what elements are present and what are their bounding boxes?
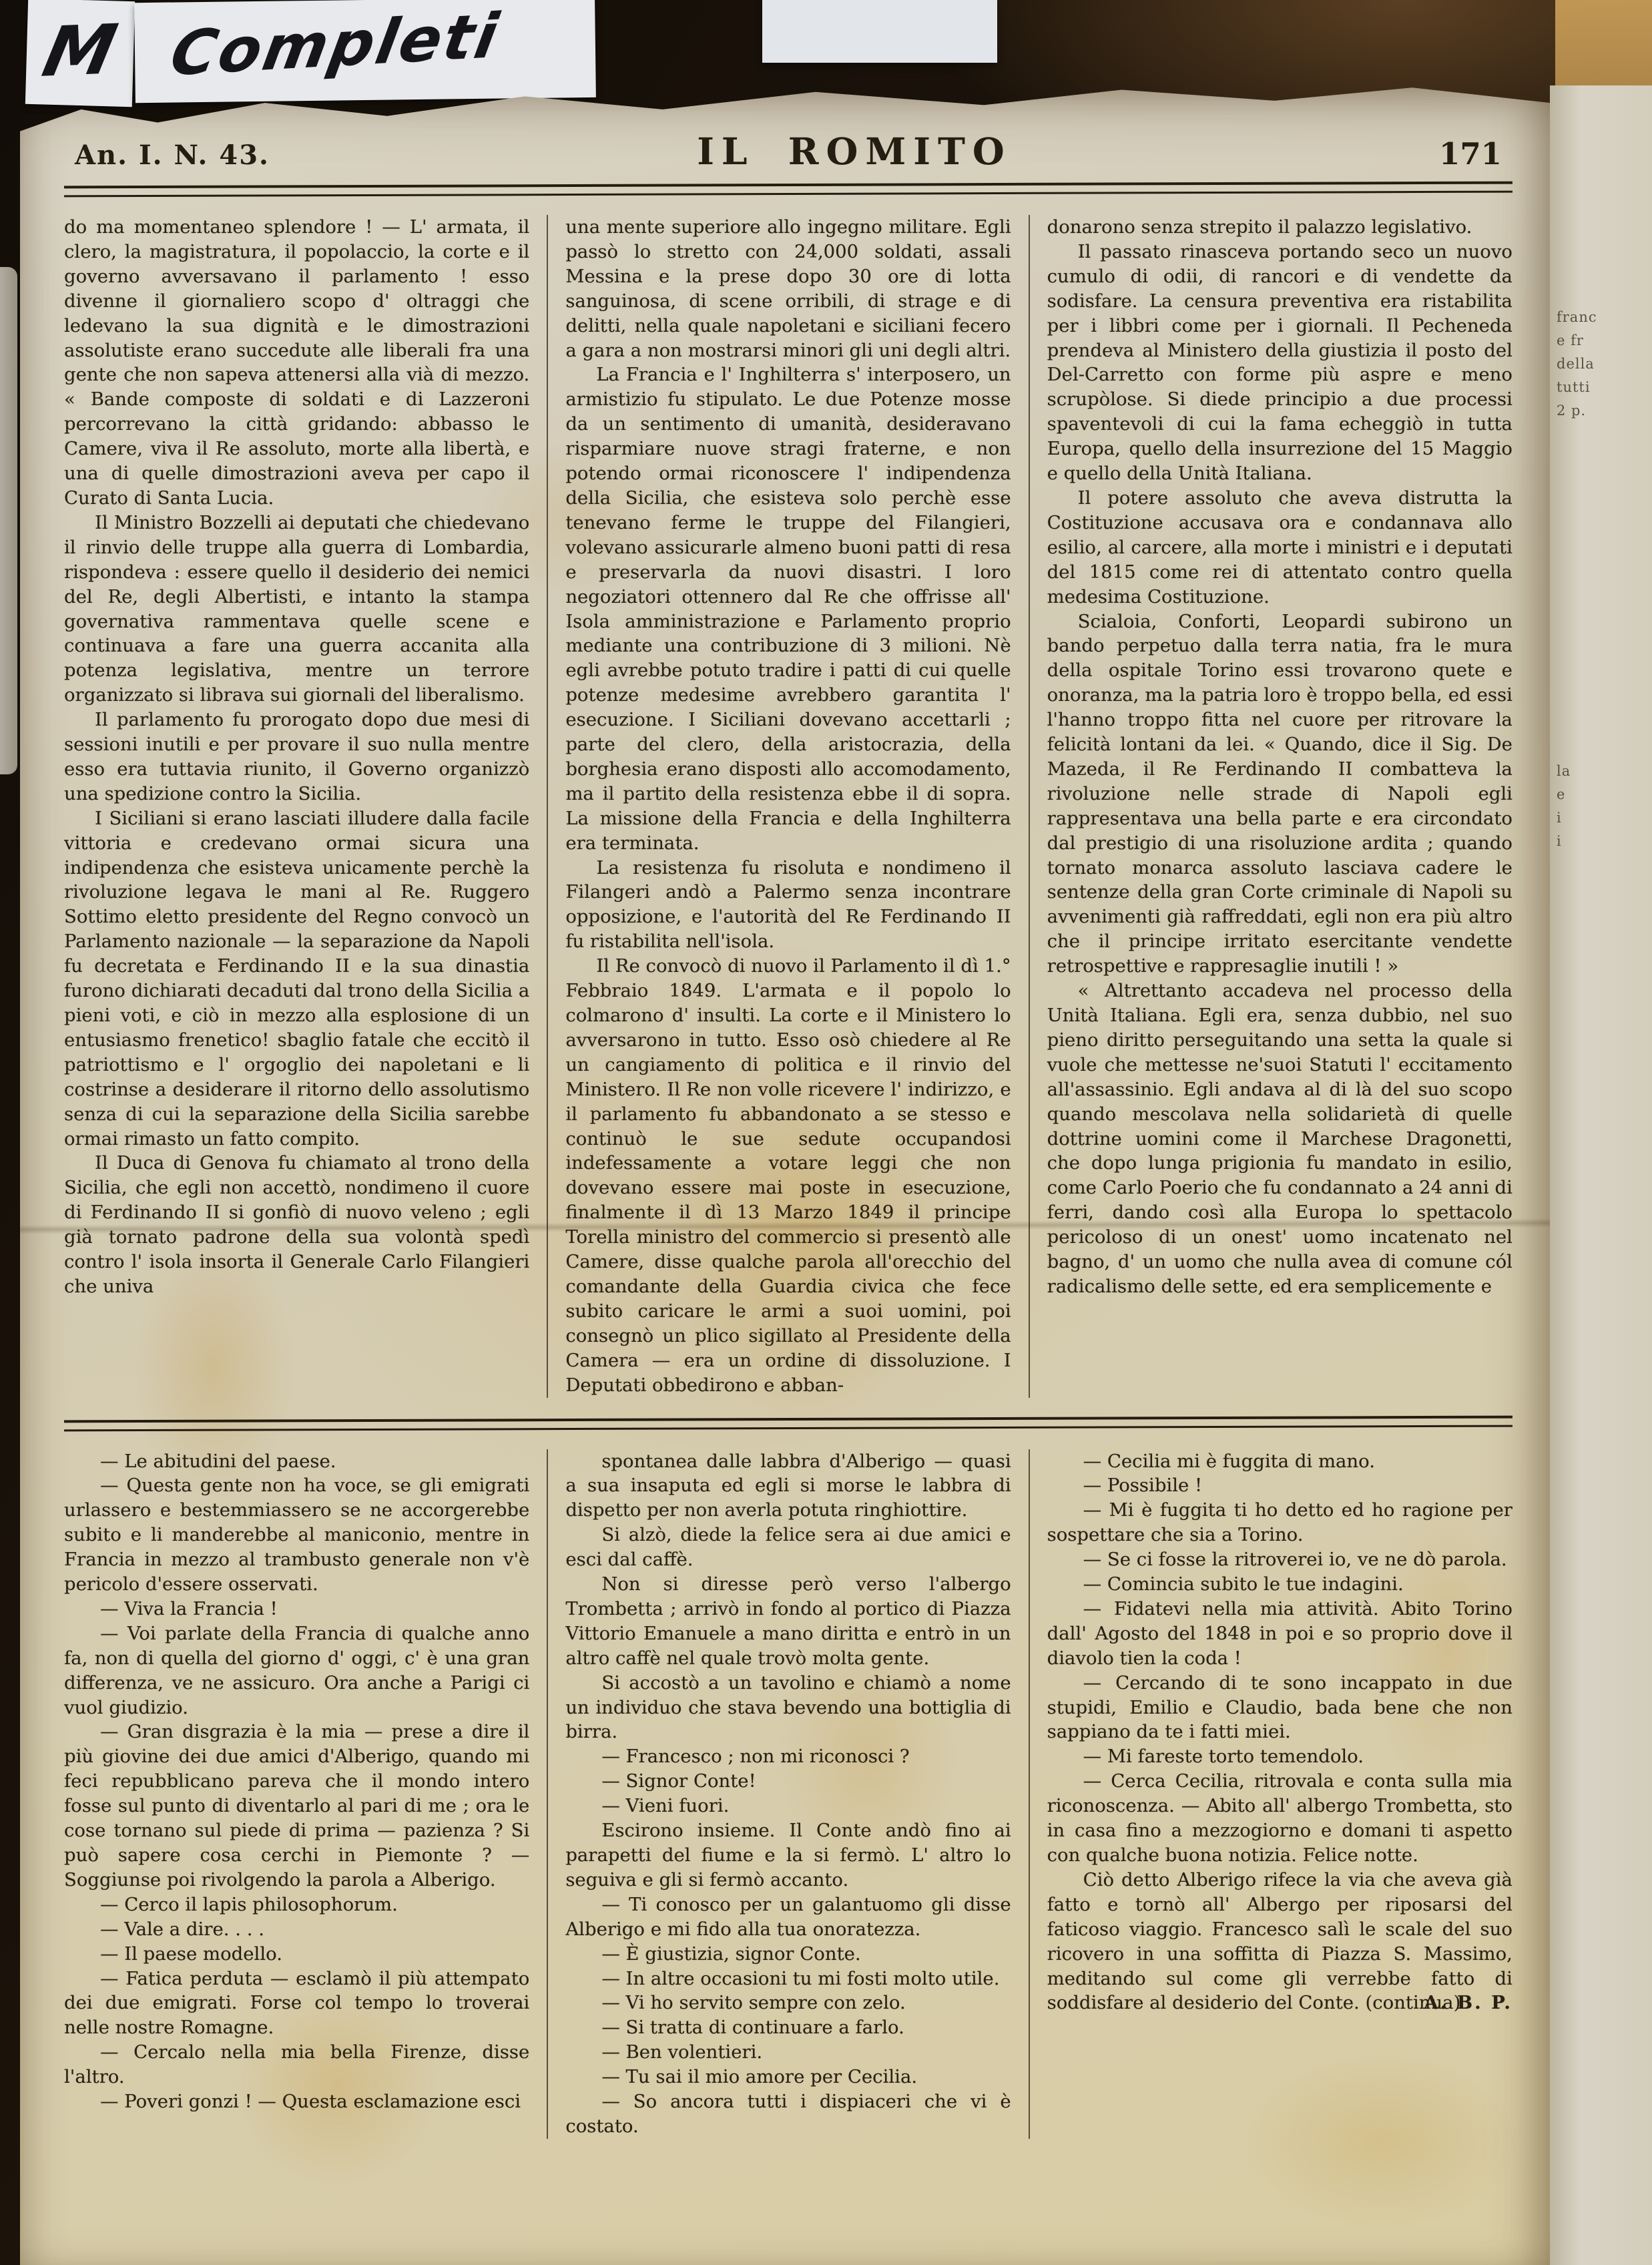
paragraph: Il Duca di Genova fu chiamato al trono d… — [64, 1151, 529, 1298]
handwritten-label-scrap-partial: M — [25, 0, 135, 107]
adjacent-page-text-fragments: france frdellatutti2 p. — [1550, 306, 1652, 423]
newspaper-page: An. I. N. 43. IL ROMITO 171 do ma moment… — [20, 85, 1550, 2265]
adjacent-text-fragment: franc — [1550, 306, 1652, 329]
feuilleton-column-1: — Le abitudini del paese.— Questa gente … — [64, 1449, 547, 2139]
paragraph: — Ben volentieri. — [565, 2040, 1011, 2065]
paragraph: — Gran disgrazia è la mia — prese a dire… — [64, 1720, 529, 1892]
paragraph: — Cercando di te sono incappato in due s… — [1047, 1671, 1512, 1745]
paragraph: — Cercalo nella mia bella Firenze, disse… — [64, 2040, 529, 2089]
paragraph: — Cecilia mi è fuggita di mano. — [1047, 1449, 1512, 1474]
article-column-3: donarono senza strepito il palazzo legis… — [1030, 215, 1512, 1398]
page-content: An. I. N. 43. IL ROMITO 171 do ma moment… — [20, 85, 1550, 2139]
paragraph: — Possibile ! — [1047, 1473, 1512, 1498]
adjacent-text-fragment: la — [1550, 760, 1652, 783]
issue-number: An. I. N. 43. — [75, 140, 270, 171]
paragraph: una mente superiore allo ingegno militar… — [565, 215, 1011, 362]
paragraph: Il passato rinasceva portando seco un nu… — [1047, 240, 1512, 486]
paragraph: — Il paese modello. — [64, 1942, 529, 1967]
paragraph: — Signor Conte! — [565, 1769, 1011, 1794]
author-signature: A. B. P. — [1424, 1991, 1512, 2015]
paragraph: Il potere assoluto che aveva distrutta l… — [1047, 486, 1512, 609]
page-number: 171 — [1439, 136, 1502, 172]
paragraph: — Cerco il lapis philosophorum. — [64, 1893, 529, 1917]
paragraph: — Viva la Francia ! — [64, 1597, 529, 1621]
paragraph: Il parlamento fu prorogato dopo due mesi… — [64, 708, 529, 806]
adjacent-page-edge: france frdellatutti2 p. laeii — [1550, 85, 1652, 2265]
masthead: An. I. N. 43. IL ROMITO 171 — [64, 130, 1512, 173]
adjacent-text-fragment: e fr — [1550, 329, 1652, 352]
adjacent-text-fragment: e — [1550, 783, 1652, 806]
paragraph: spontanea dalle labbra d'Alberigo — quas… — [565, 1449, 1011, 1523]
feuilleton-section: — Le abitudini del paese.— Questa gente … — [64, 1449, 1512, 2139]
paragraph: — Francesco ; non mi riconosci ? — [565, 1744, 1011, 1769]
newspaper-title: IL ROMITO — [697, 130, 1012, 173]
paragraph: Non si diresse però verso l'albergo Trom… — [565, 1572, 1011, 1671]
paragraph: I Siciliani si erano lasciati illudere d… — [64, 806, 529, 1152]
feuilleton-column-3-paragraphs: — Cecilia mi è fuggita di mano.— Possibi… — [1047, 1449, 1512, 2016]
adjacent-text-fragment: della — [1550, 352, 1652, 376]
adjacent-text-fragment: i — [1550, 830, 1652, 853]
paragraph: Scialoia, Conforti, Leopardi subirono un… — [1047, 609, 1512, 979]
paragraph: — Ti conosco per un galantuomo gli disse… — [565, 1893, 1011, 1942]
paragraph: Si accostò a un tavolino e chiamò a nome… — [565, 1671, 1011, 1745]
adjacent-text-fragment: i — [1550, 806, 1652, 830]
handwritten-label-scrap: Completi — [134, 0, 596, 103]
paragraph: — Questa gente non ha voce, se gli emigr… — [64, 1473, 529, 1597]
paragraph: — Si tratta di continuare a farlo. — [565, 2015, 1011, 2040]
section-divider-rule — [64, 1415, 1512, 1431]
paragraph: Escirono insieme. Il Conte andò fino ai … — [565, 1818, 1011, 1893]
paragraph: — Fatica perduta — esclamò il più attemp… — [64, 1967, 529, 2041]
article-column-2: una mente superiore allo ingegno militar… — [547, 215, 1029, 1398]
paragraph: — Comincia subito le tue indagini. — [1047, 1572, 1512, 1597]
adjacent-text-fragment: tutti — [1550, 376, 1652, 399]
paragraph: La resistenza fu risoluta e nondimeno il… — [565, 856, 1011, 955]
backdrop-paper-edge — [0, 267, 17, 774]
paragraph: — Poveri gonzi ! — Questa esclamazione e… — [64, 2089, 529, 2114]
paragraph: — Le abitudini del paese. — [64, 1449, 529, 1474]
paragraph: do ma momentaneo splendore ! — L' armata… — [64, 215, 529, 511]
paragraph: — È giustizia, signor Conte. — [565, 1942, 1011, 1967]
paragraph: « Altrettanto accadeva nel processo dell… — [1047, 979, 1512, 1299]
paragraph: — Cerca Cecilia, ritrovala e conta sulla… — [1047, 1769, 1512, 1868]
feuilleton-column-2: spontanea dalle labbra d'Alberigo — quas… — [547, 1449, 1029, 2139]
article-section: do ma momentaneo splendore ! — L' armata… — [64, 215, 1512, 1398]
paragraph: Si alzò, diede la felice sera ai due ami… — [565, 1523, 1011, 1572]
paragraph: Il Re convocò di nuovo il Parlamento il … — [565, 954, 1011, 1397]
paragraph: — In altre occasioni tu mi fosti molto u… — [565, 1967, 1011, 1991]
paragraph: — So ancora tutti i dispiaceri che vi è … — [565, 2089, 1011, 2139]
paragraph: — Tu sai il mio amore per Cecilia. — [565, 2065, 1011, 2089]
paragraph: — Se ci fosse la ritroverei io, ve ne dò… — [1047, 1547, 1512, 1572]
paragraph: — Vi ho servito sempre con zelo. — [565, 1991, 1011, 2015]
masthead-rule — [64, 182, 1512, 198]
handwritten-text-partial: M — [36, 8, 135, 93]
paragraph: — Voi parlate della Francia di qualche a… — [64, 1621, 529, 1720]
paragraph: — Vieni fuori. — [565, 1794, 1011, 1818]
adjacent-page-text-fragments: laeii — [1550, 760, 1652, 853]
paragraph: — Mi fareste torto temendolo. — [1047, 1744, 1512, 1769]
paragraph: Il Ministro Bozzelli ai deputati che chi… — [64, 511, 529, 708]
paragraph: La Francia e l' Inghilterra s' interpose… — [565, 362, 1011, 855]
paragraph: — Mi è fuggita ti ho detto ed ho ragione… — [1047, 1498, 1512, 1547]
feuilleton-column-3: — Cecilia mi è fuggita di mano.— Possibi… — [1030, 1449, 1512, 2139]
handwritten-text: Completi — [166, 0, 596, 89]
adjacent-text-fragment: 2 p. — [1550, 399, 1652, 423]
paragraph: — Fidatevi nella mia attività. Abito Tor… — [1047, 1597, 1512, 1671]
article-column-1: do ma momentaneo splendore ! — L' armata… — [64, 215, 547, 1398]
blank-paper-scrap — [762, 0, 997, 63]
paragraph: donarono senza strepito il palazzo legis… — [1047, 215, 1512, 240]
paragraph: — Vale a dire. . . . — [64, 1917, 529, 1942]
